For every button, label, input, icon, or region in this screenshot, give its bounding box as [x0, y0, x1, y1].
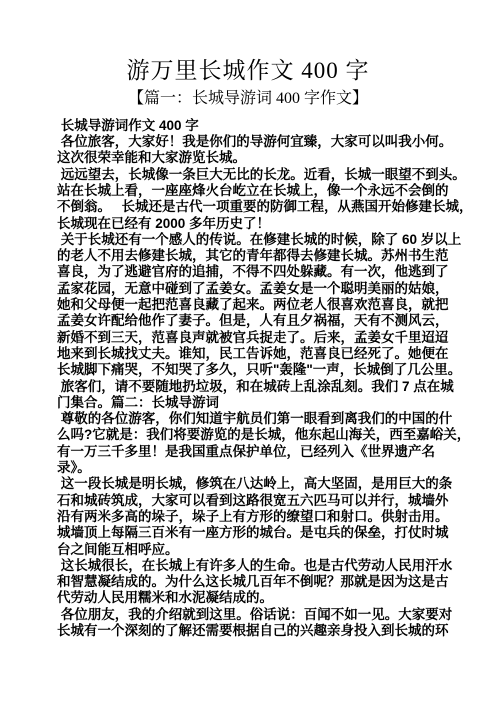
- document-page: 游万里长城作文 400 字 【篇一：长城导游词 400 字作文】 长城导游词作文…: [0, 0, 496, 702]
- document-subtitle: 【篇一：长城导游词 400 字作文】: [0, 89, 496, 108]
- document-body-text: 长城导游词作文 400 字 各位旅客，大家好！我是你们的导游何宜臻，大家可以叫我…: [57, 118, 476, 640]
- document-title: 游万里长城作文 400 字: [0, 0, 496, 85]
